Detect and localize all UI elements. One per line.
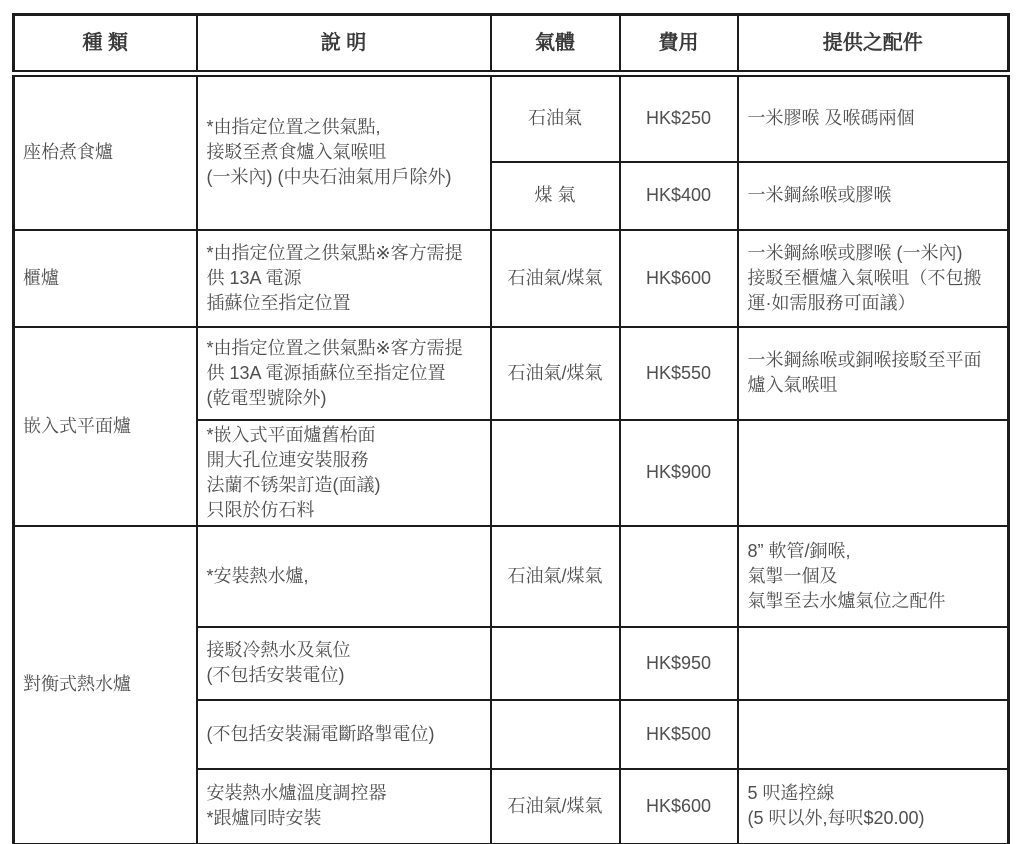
cell-gas-tabletop-towngas: 煤 氣 (491, 162, 620, 230)
cell-acc-water-heater-thermostat: 5 呎遙控線 (5 呎以外,每呎$20.00) (738, 769, 1009, 844)
cell-gas-water-heater-connection-empty (491, 627, 620, 700)
cell-fee-water-heater-connection: HK$950 (620, 627, 738, 700)
header-accessories: 提供之配件 (738, 15, 1009, 74)
header-gas: 氣體 (491, 15, 620, 74)
cell-gas-cabinet-stove: 石油氣/煤氣 (491, 230, 620, 327)
cell-desc-water-heater-thermostat: 安裝熱水爐溫度調控器 *跟爐同時安裝 (197, 769, 491, 844)
pricing-table: 種 類 說 明 氣體 費用 提供之配件 座枱煮食爐 *由指定位置之供氣點, 接駁… (12, 13, 1010, 844)
cell-gas-water-heater-breaker-empty (491, 700, 620, 769)
cell-gas-builtin-hob-install: 石油氣/煤氣 (491, 327, 620, 420)
cell-acc-tabletop-towngas: 一米鋼絲喉或膠喉 (738, 162, 1009, 230)
cell-gas-tabletop-lpg: 石油氣 (491, 74, 620, 162)
row-cabinet-stove: 櫃爐 *由指定位置之供氣點※客方需提 供 13A 電源 插蘇位至指定位置 石油氣… (14, 230, 1009, 327)
cell-gas-water-heater-thermostat: 石油氣/煤氣 (491, 769, 620, 844)
cell-fee-builtin-hob-install: HK$550 (620, 327, 738, 420)
cell-acc-water-heater-install: 8” 軟管/銅喉, 氣掣一個及 氣掣至去水爐氣位之配件 (738, 526, 1009, 627)
header-type: 種 類 (14, 15, 197, 74)
row-tabletop-cooker-lpg: 座枱煮食爐 *由指定位置之供氣點, 接駁至煮食爐入氣喉咀 (一米內) (中央石油… (14, 74, 1009, 162)
header-description: 說 明 (197, 15, 491, 74)
cell-desc-water-heater-install: *安裝熱水爐, (197, 526, 491, 627)
cell-fee-water-heater-thermostat: HK$600 (620, 769, 738, 844)
cell-acc-tabletop-lpg: 一米膠喉 及喉碼兩個 (738, 74, 1009, 162)
cell-desc-builtin-hob-install: *由指定位置之供氣點※客方需提 供 13A 電源插蘇位至指定位置 (乾電型號除外… (197, 327, 491, 420)
cell-fee-builtin-hob-countertop: HK$900 (620, 420, 738, 526)
cell-acc-cabinet-stove: 一米鋼絲喉或膠喉 (一米內) 接駁至櫃爐入氣喉咀（不包搬 運·如需服務可面議） (738, 230, 1009, 327)
cell-fee-tabletop-lpg: HK$250 (620, 74, 738, 162)
cell-acc-water-heater-connection-empty (738, 627, 1009, 700)
row-builtin-hob-install: 嵌入式平面爐 *由指定位置之供氣點※客方需提 供 13A 電源插蘇位至指定位置 … (14, 327, 1009, 420)
cell-fee-tabletop-towngas: HK$400 (620, 162, 738, 230)
cell-desc-builtin-hob-countertop: *嵌入式平面爐舊枱面 開大孔位連安裝服務 法蘭不锈架訂造(面議) 只限於仿石料 (197, 420, 491, 526)
cell-desc-tabletop-cooker: *由指定位置之供氣點, 接駁至煮食爐入氣喉咀 (一米內) (中央石油氣用戶除外) (197, 74, 491, 230)
cell-acc-water-heater-breaker-empty (738, 700, 1009, 769)
cell-type-water-heater: 對衡式熱水爐 (14, 526, 197, 844)
cell-desc-cabinet-stove: *由指定位置之供氣點※客方需提 供 13A 電源 插蘇位至指定位置 (197, 230, 491, 327)
cell-acc-builtin-hob-countertop-empty (738, 420, 1009, 526)
cell-gas-water-heater-install: 石油氣/煤氣 (491, 526, 620, 627)
cell-type-builtin-hob: 嵌入式平面爐 (14, 327, 197, 526)
cell-fee-water-heater-breaker: HK$500 (620, 700, 738, 769)
cell-fee-cabinet-stove: HK$600 (620, 230, 738, 327)
cell-gas-builtin-hob-countertop-empty (491, 420, 620, 526)
cell-type-cabinet-stove: 櫃爐 (14, 230, 197, 327)
cell-type-tabletop-cooker: 座枱煮食爐 (14, 74, 197, 230)
header-row: 種 類 說 明 氣體 費用 提供之配件 (14, 15, 1009, 74)
header-fee: 費用 (620, 15, 738, 74)
page: 種 類 說 明 氣體 費用 提供之配件 座枱煮食爐 *由指定位置之供氣點, 接駁… (0, 0, 1024, 844)
row-water-heater-install: 對衡式熱水爐 *安裝熱水爐, 石油氣/煤氣 8” 軟管/銅喉, 氣掣一個及 氣掣… (14, 526, 1009, 627)
cell-desc-water-heater-connection: 接駁冷熱水及氣位 (不包括安裝電位) (197, 627, 491, 700)
cell-acc-builtin-hob-install: 一米鋼絲喉或銅喉接駁至平面 爐入氣喉咀 (738, 327, 1009, 420)
cell-desc-water-heater-breaker: (不包括安裝漏電斷路掣電位) (197, 700, 491, 769)
cell-fee-water-heater-install-empty (620, 526, 738, 627)
